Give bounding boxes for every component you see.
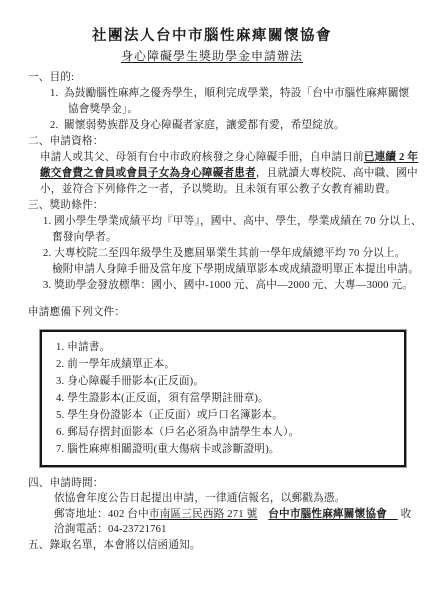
documents-heading: 申請應備下列文件： <box>28 305 424 321</box>
eligibility-heading: 二、申請資格： <box>28 134 424 150</box>
schedule-line-1: 依協會年度公告日起提出申請，一律通信報名，以郵戳為憑。 <box>54 491 424 506</box>
schedule-section: 四、申請時間： 依協會年度公告日起提出申請，一律通信報名，以郵戳為憑。 郵寄地址… <box>0 476 424 553</box>
doc-title: 社團法人台中市腦性麻痺關懷協會 <box>0 0 424 45</box>
document-item-1: 1. 申請書。 <box>56 339 404 356</box>
eligibility-line-2-emphasis: 繳交會費之會員或會員子女為身心障礙者患者 <box>40 168 256 179</box>
eligibility-line-1-text: 申請人或其父、母領有台中市政府核發之身心障礙手冊，自申請日前 <box>40 152 364 163</box>
mailing-address-line: 郵寄地址：402 台中市南區三民西路 271 號 台中市腦性麻痺關懷協會 收 <box>54 507 424 522</box>
schedule-heading: 四、申請時間： <box>28 476 424 491</box>
purpose-item-1-line-2: 協會獎學金」。 <box>68 102 424 118</box>
required-documents-box: 1. 申請書。 2. 前一學年成績單正本。 3. 身心障礙手冊影本(正反面)。 … <box>40 330 406 467</box>
result-notice: 五、錄取名單，本會將以信函通知。 <box>28 538 424 553</box>
eligibility-line-3: 小，並符合下列條件之一者，予以獎助。且未領有軍公教子女教育補助費。 <box>40 182 424 198</box>
award-item-3: 3. 獎助學金發放標準：國小、國中-1000 元、高中—2000 元、大專—30… <box>43 278 424 294</box>
award-item-1-line-1: 1. 國小學生學業成績平均『甲等』，國中、高中、學生，學業成績在 70 分以上、 <box>43 214 424 230</box>
award-item-2-line-2: 檢附申請人身障手冊及當年度下學期成績單影本或成績證明單正本提出申請。 <box>52 262 424 278</box>
document-page: 社團法人台中市腦性麻痺關懷協會 身心障礙學生獎助學金申請辦法 一、目的: 1. … <box>0 0 424 600</box>
address-organization: 台中市腦性麻痺關懷協會 <box>268 509 398 520</box>
document-item-6: 6. 郵局存摺封面影本（戶名必須為申請學生本人）。 <box>56 424 404 441</box>
contact-phone: 洽詢電話：04-23721761 <box>54 522 424 537</box>
address-suffix: 收 <box>398 509 412 520</box>
address-prefix: 郵寄地址：402 台中 <box>54 509 149 520</box>
award-item-2-line-1: 2. 大專校院二至四年級學生及應屆畢業生其前一學年成績總平均 70 分以上。 <box>43 246 424 262</box>
purpose-item-2: 2. 關懷弱勢族群及身心障礙者家庭，讓愛都有愛，希望綻放。 <box>50 118 424 134</box>
doc-body: 一、目的: 1. 為鼓勵腦性麻痺之優秀學生，順利完成學業，特設「台中市腦性麻痺關… <box>0 70 424 553</box>
award-item-1-line-2: 奮發向學者。 <box>52 230 424 246</box>
eligibility-line-1: 申請人或其父、母領有台中市政府核發之身心障礙手冊，自申請日前已連續 2 年 <box>40 150 424 166</box>
eligibility-line-2-text: ，且就讀大專校院、高中職、國中 <box>256 168 418 179</box>
eligibility-line-1-emphasis: 已連續 2 年 <box>364 152 418 163</box>
address-street: 市南區三民西路 271 號 <box>149 509 258 520</box>
document-item-5: 5. 學生身份證影本（正反面）或戶口名簿影本。 <box>56 407 404 424</box>
purpose-heading: 一、目的: <box>28 70 424 86</box>
award-heading: 三、獎助條件： <box>28 198 424 214</box>
document-item-4: 4. 學生證影本(正反面，須有當學期註冊章)。 <box>56 390 404 407</box>
address-gap <box>257 509 268 520</box>
purpose-item-1-line-1: 1. 為鼓勵腦性麻痺之優秀學生，順利完成學業，特設「台中市腦性麻痺關懷 <box>50 86 424 102</box>
document-item-3: 3. 身心障礙手冊影本(正反面)。 <box>56 373 404 390</box>
document-item-2: 2. 前一學年成績單正本。 <box>56 356 404 373</box>
doc-subtitle: 身心障礙學生獎助學金申請辦法 <box>0 48 424 64</box>
eligibility-line-2: 繳交會費之會員或會員子女為身心障礙者患者，且就讀大專校院、高中職、國中 <box>40 166 424 182</box>
document-item-7: 7. 腦性麻痺相關證明(重大傷病卡或診斷證明)。 <box>56 441 404 458</box>
